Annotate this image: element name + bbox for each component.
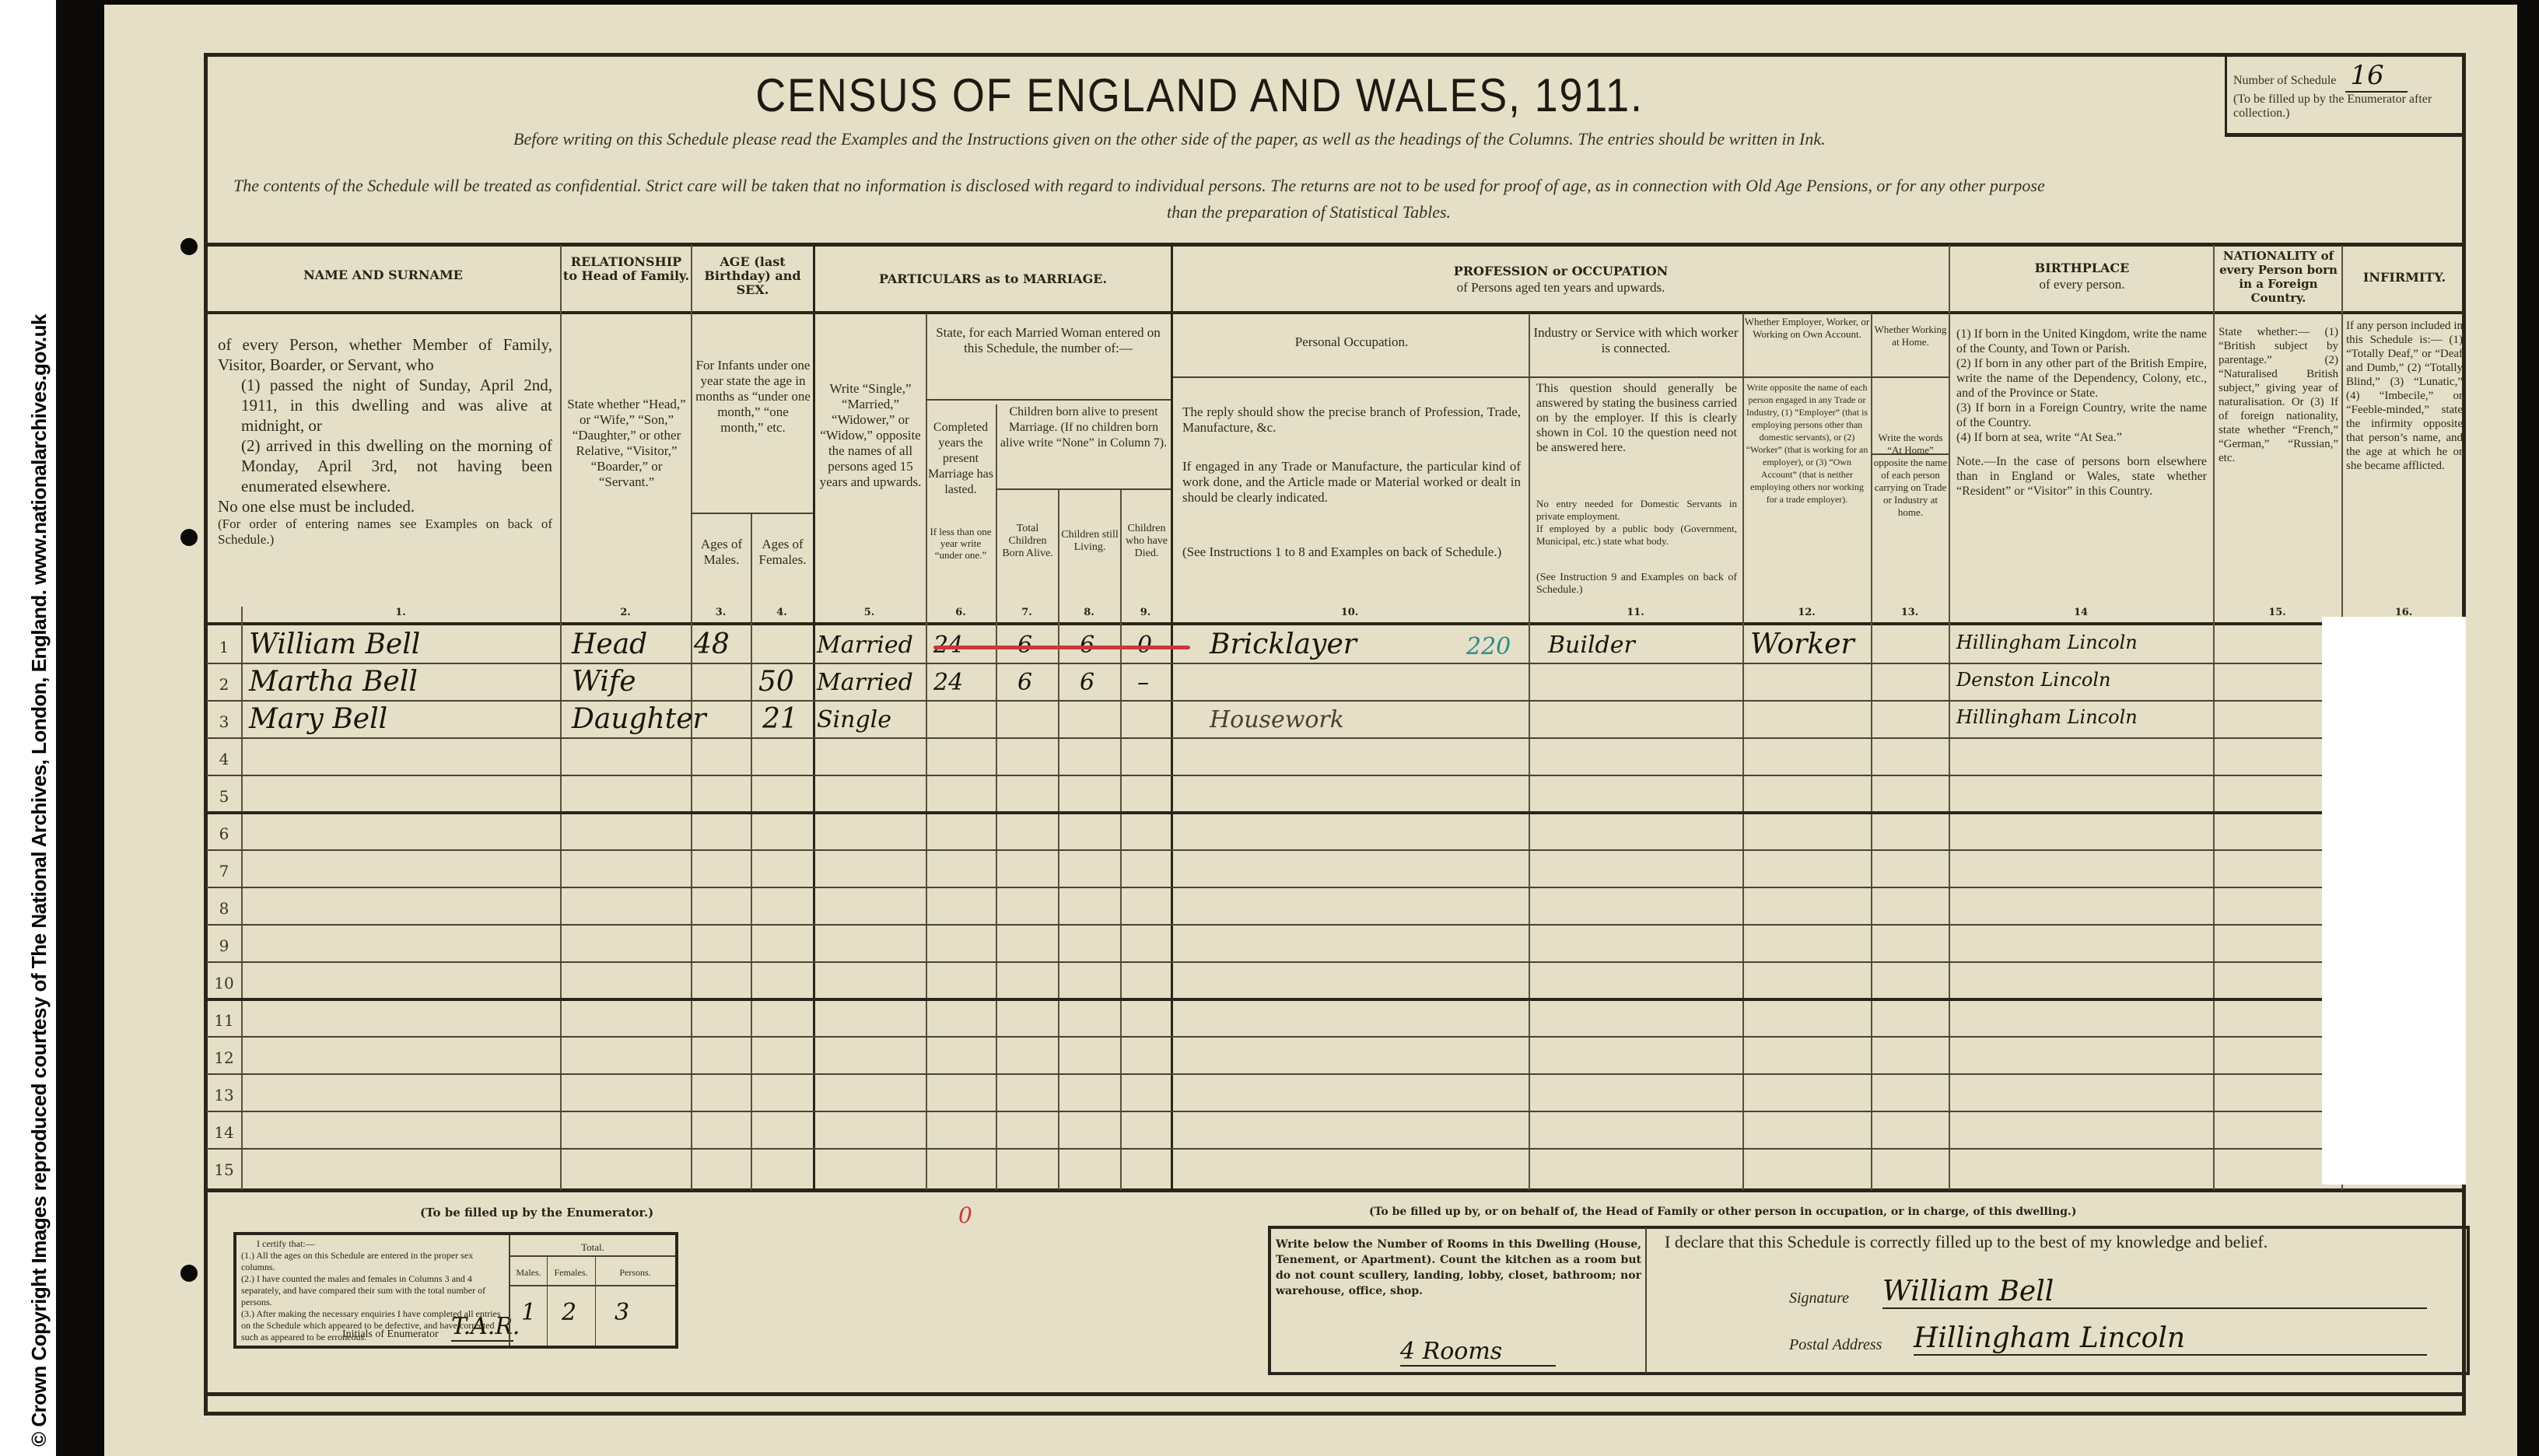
total-label: Total. bbox=[510, 1240, 675, 1255]
person-relationship: Daughter bbox=[572, 703, 706, 735]
col-nationality-heading: NATIONALITY of every Person born in a Fo… bbox=[2215, 249, 2341, 305]
red-enumerator-mark: 0 bbox=[958, 1202, 972, 1228]
colnum-7: 7. bbox=[996, 607, 1058, 618]
colnum-10: 10. bbox=[1171, 607, 1529, 618]
industry-text-1: This question should generally be answer… bbox=[1536, 381, 1737, 455]
row-number: 14 bbox=[208, 1123, 240, 1142]
col-age-instructions: For Infants under one year state the age… bbox=[695, 358, 811, 436]
colnum-9: 9. bbox=[1120, 607, 1171, 618]
col-marriage-condition-instructions: Write “Single,” “Married,” “Widower,” or… bbox=[817, 381, 924, 490]
punch-hole bbox=[180, 238, 198, 255]
person-marital: Single bbox=[817, 706, 891, 733]
married-woman-heading: State, for each Married Woman entered on… bbox=[930, 325, 1167, 356]
person-marital: Married bbox=[817, 632, 913, 659]
colnum-12: 12. bbox=[1742, 607, 1871, 618]
colnum-14: 14 bbox=[1949, 607, 2213, 618]
table-bottom-border bbox=[204, 1188, 2466, 1192]
confidential-line: The contents of the Schedule will be tre… bbox=[233, 176, 2045, 196]
col-age-males-label: Ages of Males. bbox=[692, 537, 751, 568]
schedule-number-note: (To be filled up by the Enumerator after… bbox=[2233, 93, 2460, 121]
postal-address-value: Hillingham Lincoln bbox=[1914, 1322, 2427, 1356]
colnum-2: 2. bbox=[560, 607, 691, 618]
instruction-line: Before writing on this Schedule please r… bbox=[513, 129, 1826, 149]
col-occupation-subheading: of Persons aged ten years and upwards. bbox=[1173, 280, 1949, 296]
table-top-border bbox=[204, 243, 2466, 247]
industry-text-4: (See Instruction 9 and Examples on back … bbox=[1536, 572, 1737, 597]
postal-address-label: Postal Address bbox=[1789, 1336, 1882, 1354]
colnum-13: 13. bbox=[1871, 607, 1949, 618]
punch-hole bbox=[180, 1265, 198, 1282]
nationality-instructions: State whether:— (1) “British subject by … bbox=[2219, 325, 2338, 465]
initials-label: Initials of Enumerator bbox=[342, 1328, 439, 1341]
page-title: CENSUS OF ENGLAND AND WALES, 1911. bbox=[303, 68, 2096, 122]
col-marriage-heading: PARTICULARS as to MARRIAGE. bbox=[815, 272, 1171, 286]
years-married-label: Completed years the present Marriage has… bbox=[927, 420, 994, 498]
colnum-separator bbox=[204, 622, 2466, 625]
at-home-text: Write the words “At Home” opposite the n… bbox=[1873, 432, 1948, 519]
occupier-heading: (To be filled up by, or on behalf of, th… bbox=[1369, 1206, 2077, 1218]
row-number: 13 bbox=[208, 1086, 240, 1104]
rooms-instruction: Write below the Number of Rooms in this … bbox=[1276, 1237, 1641, 1299]
rooms-value: 4 Rooms bbox=[1400, 1338, 1556, 1367]
person-employment: Worker bbox=[1750, 628, 1854, 660]
row-number: 15 bbox=[208, 1160, 240, 1179]
females-total: 2 bbox=[562, 1299, 576, 1326]
header-separator bbox=[204, 311, 2466, 314]
males-label: Males. bbox=[510, 1265, 547, 1280]
row-number: 4 bbox=[208, 750, 240, 768]
col-name-heading: NAME AND SURNAME bbox=[206, 268, 560, 282]
personal-occupation-text-2: If engaged in any Trade or Manufacture, … bbox=[1182, 459, 1521, 506]
col-relationship-heading: RELATIONSHIP to Head of Family. bbox=[562, 255, 691, 283]
person-age-female: 21 bbox=[762, 703, 798, 735]
row-number: 3 bbox=[208, 712, 240, 731]
col-age-heading: AGE (last Birthday) and SEX. bbox=[692, 255, 813, 297]
row-number: 6 bbox=[208, 824, 240, 843]
colnum-1: 1. bbox=[241, 607, 560, 618]
persons-label: Persons. bbox=[595, 1265, 675, 1280]
schedule-number-label: Number of Schedule bbox=[2233, 74, 2336, 87]
personal-occupation-text-3: (See Instructions 1 to 8 and Examples on… bbox=[1182, 544, 1521, 560]
industry-text-3: If employed by a public body (Government… bbox=[1536, 523, 1737, 548]
col-birthplace-heading: BIRTHPLACE bbox=[1951, 261, 2213, 275]
person-birthplace: Hillingham Lincoln bbox=[1956, 632, 2138, 653]
col-name-instructions: of every Person, whether Member of Famil… bbox=[218, 334, 552, 548]
personal-occupation-label: Personal Occupation. bbox=[1175, 334, 1529, 350]
col-relationship-instructions: State whether “Head,” or “Wife,” “Son,” … bbox=[566, 397, 687, 490]
infirmity-instructions: If any person included in this Schedule … bbox=[2346, 319, 2463, 473]
industry-label: Industry or Service with which worker is… bbox=[1531, 325, 1741, 356]
employment-text: Write opposite the name of each person e… bbox=[1746, 381, 1868, 506]
initials-value: T.A.R. bbox=[451, 1313, 513, 1342]
declaration-text: I declare that this Schedule is correctl… bbox=[1665, 1232, 2268, 1252]
row-number: 9 bbox=[208, 936, 240, 955]
form-bottom-line bbox=[204, 1392, 2466, 1396]
row-number: 11 bbox=[208, 1011, 240, 1030]
industry-text-2: No entry needed for Domestic Servants in… bbox=[1536, 498, 1737, 523]
person-relationship: Wife bbox=[572, 666, 636, 698]
scan-border-right bbox=[2517, 0, 2539, 1456]
red-strikethrough bbox=[933, 646, 1190, 649]
punch-hole bbox=[180, 529, 198, 546]
scan-border-left bbox=[56, 0, 104, 1456]
schedule-number-box: Number of Schedule 16 (To be filled up b… bbox=[2225, 53, 2466, 137]
schedule-number-value: 16 bbox=[2345, 60, 2407, 93]
person-years-married: 24 bbox=[933, 669, 963, 696]
row-number: 10 bbox=[208, 974, 240, 992]
redacted-infirmity-column bbox=[2322, 617, 2466, 1185]
person-children-died: – bbox=[1137, 669, 1149, 696]
row-number: 7 bbox=[208, 862, 240, 880]
person-birthplace: Hillingham Lincoln bbox=[1956, 706, 2138, 728]
colnum-8: 8. bbox=[1058, 607, 1120, 618]
person-occupation: Housework bbox=[1210, 706, 1344, 733]
col-occupation-heading: PROFESSION or OCCUPATION bbox=[1173, 264, 1949, 278]
still-living-label: Children still Living. bbox=[1059, 529, 1120, 554]
person-children-living: 6 bbox=[1080, 669, 1094, 696]
colnum-3: 3. bbox=[691, 607, 751, 618]
at-home-label: Whether Working at Home. bbox=[1873, 324, 1948, 348]
person-relationship: Head bbox=[572, 628, 647, 660]
confidential-line-2: than the preparation of Statistical Tabl… bbox=[1167, 202, 1451, 222]
person-age-female: 50 bbox=[758, 666, 794, 698]
colnum-6: 6. bbox=[926, 607, 996, 618]
colnum-4: 4. bbox=[751, 607, 813, 618]
row-number: 2 bbox=[208, 675, 240, 694]
person-name: Martha Bell bbox=[249, 666, 418, 698]
row-number: 12 bbox=[208, 1048, 240, 1067]
col-birthplace-subheading: of every person. bbox=[1951, 277, 2213, 292]
row-number: 1 bbox=[208, 638, 240, 656]
person-name: Mary Bell bbox=[249, 703, 387, 735]
person-marital: Married bbox=[817, 669, 913, 696]
colnum-11: 11. bbox=[1529, 607, 1742, 618]
row-number: 8 bbox=[208, 899, 240, 918]
signature-label: Signature bbox=[1789, 1290, 1849, 1307]
person-name: William Bell bbox=[249, 628, 420, 660]
enumerator-heading: (To be filled up by the Enumerator.) bbox=[420, 1206, 653, 1220]
total-born-label: Total Children Born Alive. bbox=[997, 523, 1058, 560]
signature-value: William Bell bbox=[1882, 1276, 2427, 1309]
col-age-females-label: Ages of Females. bbox=[752, 537, 813, 568]
females-label: Females. bbox=[547, 1265, 595, 1280]
have-died-label: Children who have Died. bbox=[1122, 523, 1171, 560]
copyright-text: © Crown Copyright Images reproduced cour… bbox=[27, 314, 51, 1447]
colnum-5: 5. bbox=[813, 607, 926, 618]
males-total: 1 bbox=[521, 1299, 536, 1326]
personal-occupation-text-1: The reply should show the precise branch… bbox=[1182, 404, 1521, 436]
employment-label: Whether Employer, Worker, or Working on … bbox=[1744, 316, 1870, 341]
occupation-code: 220 bbox=[1466, 633, 1511, 660]
person-children-born: 6 bbox=[1017, 669, 1032, 696]
persons-total: 3 bbox=[615, 1299, 629, 1326]
birthplace-instructions: (1) If born in the United Kingdom, write… bbox=[1956, 327, 2207, 499]
person-industry: Builder bbox=[1548, 632, 1635, 659]
person-birthplace: Denston Lincoln bbox=[1956, 669, 2111, 691]
col-infirmity-heading: INFIRMITY. bbox=[2343, 271, 2466, 285]
person-age-male: 48 bbox=[694, 628, 730, 660]
children-heading: Children born alive to present Marriage.… bbox=[999, 404, 1168, 451]
row-number: 5 bbox=[208, 787, 240, 806]
years-married-note: If less than one year write “under one.” bbox=[927, 526, 994, 561]
person-occupation: Bricklayer bbox=[1210, 628, 1357, 660]
